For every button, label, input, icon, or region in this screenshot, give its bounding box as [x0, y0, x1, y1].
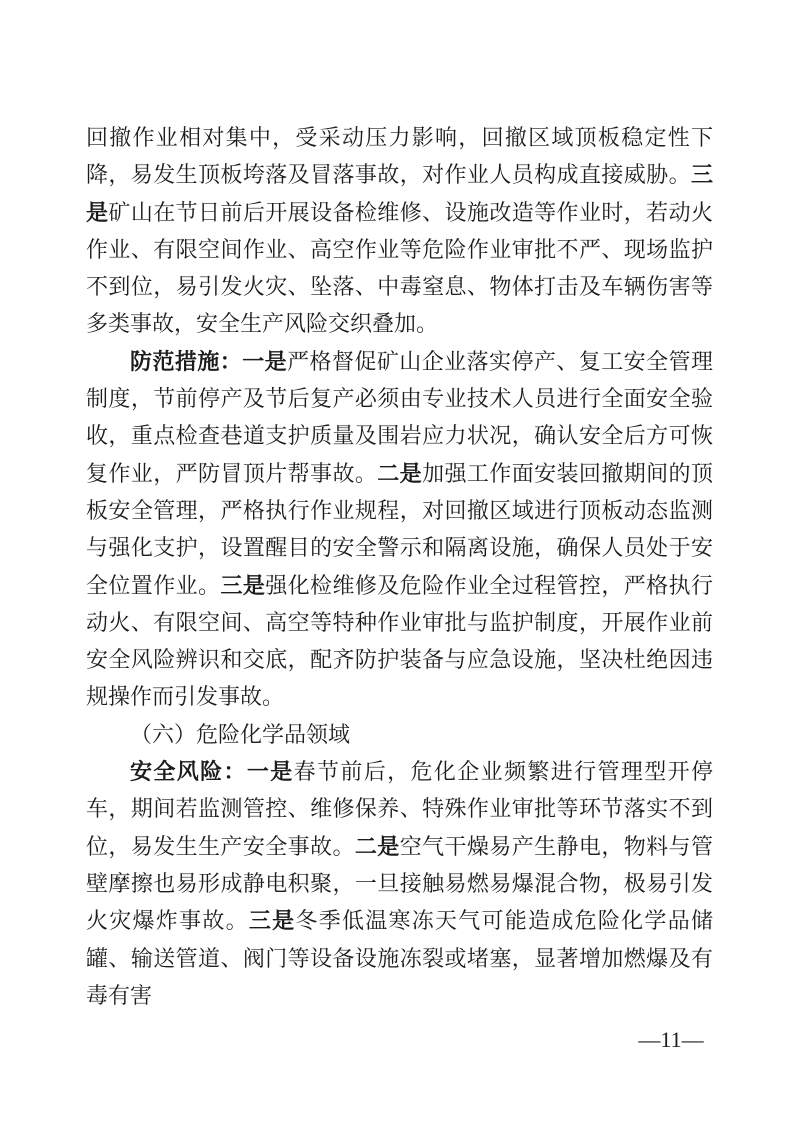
section-heading: （六）危险化学品领域	[86, 716, 713, 753]
text-segment: 矿山在节日前后开展设备检维修、设施改造等作业时，若动火作业、有限空间作业、高空作…	[86, 200, 713, 337]
paragraph: 安全风险：一是春节前后，危化企业频繁进行管理型开停车，期间若监测管控、维修保养、…	[86, 753, 713, 1014]
paragraph: 回撤作业相对集中，受采动压力影响，回撤区域顶板稳定性下降，易发生顶板垮落及冒落事…	[86, 119, 713, 343]
page-number: —11—	[615, 1026, 727, 1054]
document-body: 回撤作业相对集中，受采动压力影响，回撤区域顶板稳定性下降，易发生顶板垮落及冒落事…	[86, 119, 713, 1014]
bold-emphasis: 二是	[355, 834, 400, 859]
bold-emphasis: 二是	[377, 461, 422, 486]
bold-emphasis: 三是	[249, 908, 296, 933]
document-page: 回撤作业相对集中，受采动压力影响，回撤区域顶板稳定性下降，易发生顶板垮落及冒落事…	[0, 0, 793, 1122]
bold-emphasis: 三是	[220, 573, 265, 598]
text-segment: （六）危险化学品领域	[130, 722, 350, 747]
paragraph: 防范措施：一是严格督促矿山企业落实停产、复工安全管理制度，节前停产及节后复产必须…	[86, 343, 713, 716]
bold-emphasis: 防范措施：一是	[130, 349, 287, 374]
text-segment: 回撤作业相对集中，受采动压力影响，回撤区域顶板稳定性下降，易发生顶板垮落及冒落事…	[86, 125, 713, 187]
bold-emphasis: 安全风险：一是	[130, 759, 294, 784]
